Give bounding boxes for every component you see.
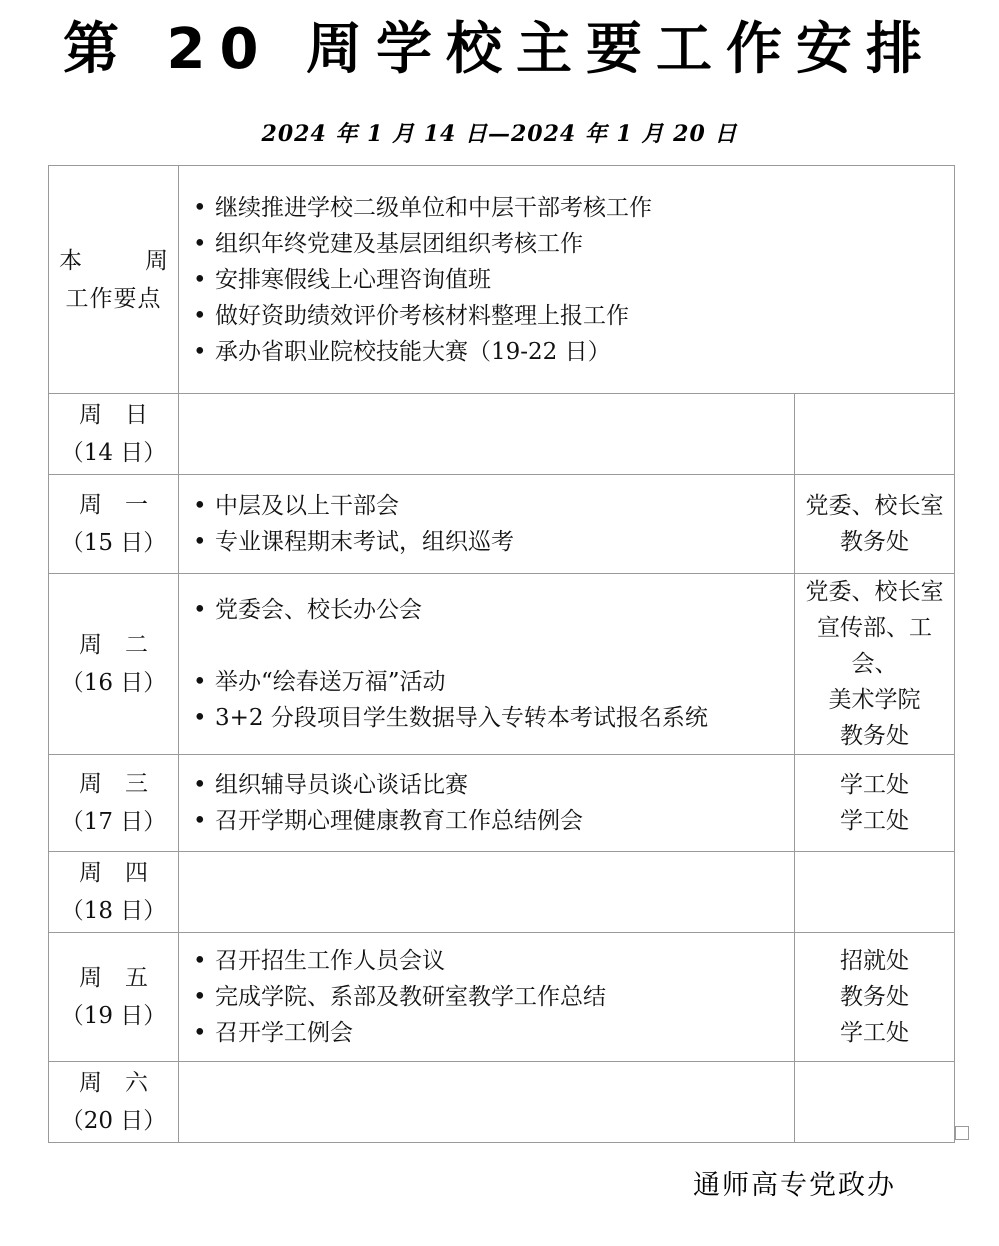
bullet-icon: • [193,226,215,262]
task-item: •组织辅导员谈心谈话比赛 [193,767,794,803]
dept-cell: 党委、校长室 教务处 [795,475,955,574]
dept-name: 教务处 [795,718,954,754]
dept-cell: 党委、校长室 宣传部、工会、 美术学院 教务处 [795,574,955,755]
tasks-cell: •召开招生工作人员会议 •完成学院、系部及教研室教学工作总结 •召开学工例会 [179,933,795,1062]
day-row-saturday: 周 六（20 日） [49,1062,955,1143]
bullet-icon: • [193,592,215,628]
day-cell: 周 四（18 日） [49,852,179,933]
dept-cell: 招就处 教务处 学工处 [795,933,955,1062]
dept-cell [795,1062,955,1143]
task-item: •党委会、校长办公会 [193,592,794,628]
day-cell: 周 三（17 日） [49,755,179,852]
bullet-icon: • [193,262,215,298]
bullet-icon: • [193,488,215,524]
bullet-icon: • [193,767,215,803]
date-range: 2024 年 1 月 14 日—2024 年 1 月 20 日 [0,118,999,150]
day-row-friday: 周 五（19 日） •召开招生工作人员会议 •完成学院、系部及教研室教学工作总结… [49,933,955,1062]
tasks-cell [179,1062,795,1143]
dept-name: 教务处 [795,524,954,560]
task-item: •举办“绘春送万福”活动 [193,664,794,700]
key-points-list: •继续推进学校二级单位和中层干部考核工作 •组织年终党建及基层团组织考核工作 •… [179,166,955,394]
day-row-wednesday: 周 三（17 日） •组织辅导员谈心谈话比赛 •召开学期心理健康教育工作总结例会… [49,755,955,852]
task-item: •召开学期心理健康教育工作总结例会 [193,803,794,839]
blank-line [193,628,794,664]
dept-name: 招就处 [795,943,954,979]
table-resize-handle[interactable] [955,1126,969,1140]
bullet-icon: • [193,664,215,700]
task-item: •召开招生工作人员会议 [193,943,794,979]
tasks-cell: •中层及以上干部会 •专业课程期末考试，组织巡考 [179,475,795,574]
key-header-char-1: 本 [59,242,82,280]
key-header-line2: 工作要点 [49,280,178,318]
tasks-cell [179,394,795,475]
key-points-header: 本周 工作要点 [49,166,179,394]
day-row-tuesday: 周 二（16 日） •党委会、校长办公会 •举办“绘春送万福”活动 •3+2 分… [49,574,955,755]
key-header-char-2: 周 [145,242,168,280]
day-row-sunday: 周 日（14 日） [49,394,955,475]
tasks-cell: •组织辅导员谈心谈话比赛 •召开学期心理健康教育工作总结例会 [179,755,795,852]
bullet-icon: • [193,298,215,334]
day-cell: 周 六（20 日） [49,1062,179,1143]
dept-name: 学工处 [795,803,954,839]
day-cell: 周 二（16 日） [49,574,179,755]
dept-cell: 学工处 学工处 [795,755,955,852]
key-points-row: 本周 工作要点 •继续推进学校二级单位和中层干部考核工作 •组织年终党建及基层团… [49,166,955,394]
dept-name: 党委、校长室 [795,488,954,524]
key-point-item: •安排寒假线上心理咨询值班 [193,262,954,298]
day-cell: 周 一（15 日） [49,475,179,574]
task-item: •专业课程期末考试，组织巡考 [193,524,794,560]
dept-cell [795,852,955,933]
tasks-cell: •党委会、校长办公会 •举办“绘春送万福”活动 •3+2 分段项目学生数据导入专… [179,574,795,755]
key-point-item: •继续推进学校二级单位和中层干部考核工作 [193,190,954,226]
key-point-item: •做好资助绩效评价考核材料整理上报工作 [193,298,954,334]
dept-name: 美术学院 [795,682,954,718]
bullet-icon: • [193,334,215,370]
dept-name: 党委、校长室 [795,574,954,610]
bullet-icon: • [193,979,215,1015]
dept-name: 教务处 [795,979,954,1015]
bullet-icon: • [193,700,215,736]
task-item: •3+2 分段项目学生数据导入专转本考试报名系统 [193,700,794,736]
key-point-item: •组织年终党建及基层团组织考核工作 [193,226,954,262]
bullet-icon: • [193,190,215,226]
bullet-icon: • [193,1015,215,1051]
dept-name: 学工处 [795,767,954,803]
key-point-item: •承办省职业院校技能大赛（19-22 日） [193,334,954,370]
task-item: •完成学院、系部及教研室教学工作总结 [193,979,794,1015]
bullet-icon: • [193,524,215,560]
day-row-monday: 周 一（15 日） •中层及以上干部会 •专业课程期末考试，组织巡考 党委、校长… [49,475,955,574]
dept-name: 学工处 [795,1015,954,1051]
bullet-icon: • [193,803,215,839]
dept-cell [795,394,955,475]
day-row-thursday: 周 四（18 日） [49,852,955,933]
issuer-signature: 通师高专党政办 [693,1166,896,1206]
task-item: •中层及以上干部会 [193,488,794,524]
dept-name: 宣传部、工会、 [795,610,954,682]
schedule-table: 本周 工作要点 •继续推进学校二级单位和中层干部考核工作 •组织年终党建及基层团… [48,165,955,1143]
bullet-icon: • [193,943,215,979]
day-cell: 周 五（19 日） [49,933,179,1062]
page-title: 第 20 周学校主要工作安排 [0,10,999,90]
day-cell: 周 日（14 日） [49,394,179,475]
tasks-cell [179,852,795,933]
task-item: •召开学工例会 [193,1015,794,1051]
